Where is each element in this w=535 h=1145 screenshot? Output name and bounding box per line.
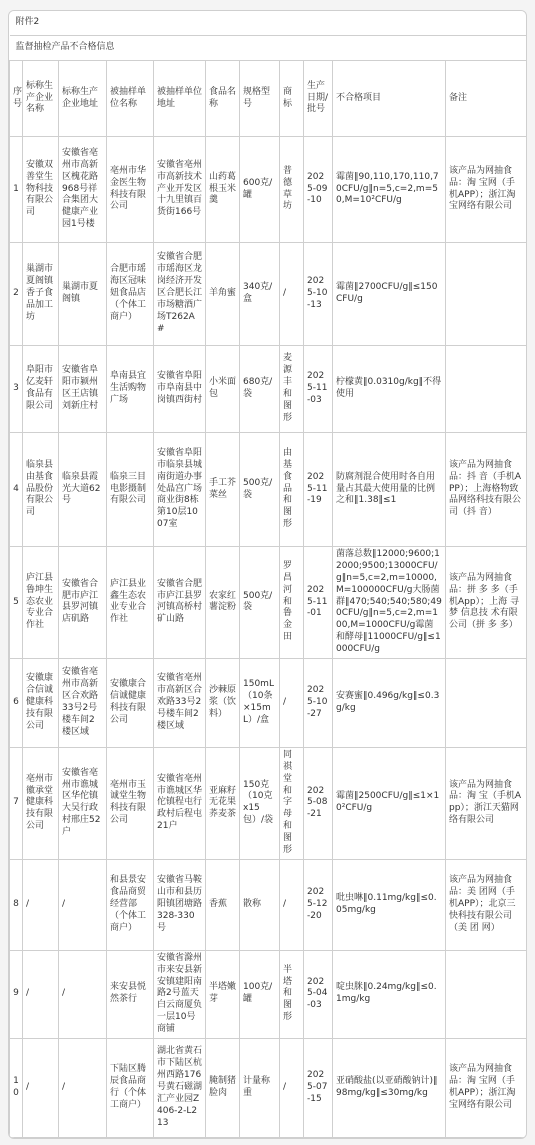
table-cell: 计量称重 [240, 1038, 280, 1137]
table-row: 2巢湖市夏阁镇香子食品加工坊巢湖市夏阁镇合肥市瑶海区冠味妞食品店（个体工商户）安… [10, 243, 527, 346]
table-cell: 6 [10, 658, 23, 747]
table-cell: 2025-07-15 [304, 1038, 333, 1137]
table-cell: 100克/罐 [240, 950, 280, 1038]
table-row: 7亳州市徽承堂健康科技有限公司安徽省亳州市谯城区华佗镇大吴行政村邢庄52户亳州市… [10, 747, 527, 859]
table-cell: 安徽省合肥市瑶海区龙岗经济开发区合肥长江市场糖酒广场T262A# [154, 243, 206, 346]
table-cell: 安徽康合信诚健康科技有限公司 [107, 658, 154, 747]
table-cell: 安徽省亳州市高新区槐花路968号祥合集团大健康产业园1号楼 [59, 137, 107, 243]
table-cell: 安赛蜜‖0.496g/kg‖≤0.3g/kg [333, 658, 446, 747]
table-row: 1安徽双善堂生物科技有限公司安徽省亳州市高新区槐花路968号祥合集团大健康产业园… [10, 137, 527, 243]
table-cell: 150克（10克x15包）/袋 [240, 747, 280, 859]
table-cell: 阜南县宜生活购物广场 [107, 346, 154, 433]
table-cell: 9 [10, 950, 23, 1038]
table-cell: 该产品为网抽食品：拼 多 多（手机App）；上海 寻梦 信息技 术有限公司（拼 … [446, 547, 527, 659]
column-header: 备注 [446, 61, 527, 137]
column-header: 标称生产企业名称 [23, 61, 59, 137]
table-cell [446, 346, 527, 433]
table-cell: 2025-10-27 [304, 658, 333, 747]
table-cell: / [23, 1038, 59, 1137]
table-cell: 亳州市玉诚堂生物科技有限公司 [107, 747, 154, 859]
table-cell: 临泉县由基食品股份有限公司 [23, 433, 59, 547]
table-cell: 湖北省黄石市下陆区杭州西路176号黄石磁湖汇产业园Z406-2-L213 [154, 1038, 206, 1137]
table-cell: 2025-12-20 [304, 859, 333, 950]
table-cell: 巢湖市夏阁镇香子食品加工坊 [23, 243, 59, 346]
table-title: 监督抽检产品不合格信息 [10, 36, 527, 61]
header-row: 序号标称生产企业名称标称生产企业地址被抽样单位名称被抽样单位地址食品名称规格型号… [10, 61, 527, 137]
table-cell: 霉菌‖2700CFU/g‖≤150CFU/g [333, 243, 446, 346]
table-cell: 农家红薯淀粉 [206, 547, 240, 659]
table-cell: / [280, 658, 304, 747]
table-cell: 来安县悦然茶行 [107, 950, 154, 1038]
table-cell: / [280, 859, 304, 950]
table-cell: 羊角蜜 [206, 243, 240, 346]
table-cell: 巢湖市夏阁镇 [59, 243, 107, 346]
column-header: 序号 [10, 61, 23, 137]
table-row: 3阜阳市亿麦轩食品有限公司安徽省阜阳市颍州区王店镇刘新庄村阜南县宜生活购物广场安… [10, 346, 527, 433]
table-cell: 该产品为网抽食品：淘 宝网（手机APP）；浙江淘 宝网络有限公司 [446, 137, 527, 243]
table-cell: 山药葛根玉米羹 [206, 137, 240, 243]
column-header: 被抽样单位名称 [107, 61, 154, 137]
table-cell [446, 658, 527, 747]
table-row: 9//来安县悦然茶行安徽省滁州市来安县新安镇建阳南路2号蓝天白云商厦负一层10号… [10, 950, 527, 1038]
table-cell: 由基食品和图形 [280, 433, 304, 547]
column-header: 不合格项目 [333, 61, 446, 137]
title-row: 监督抽检产品不合格信息 [10, 36, 527, 61]
table-cell: 临泉三目电影摄制有限公司 [107, 433, 154, 547]
table-cell: 手工芥菜丝 [206, 433, 240, 547]
table-cell: 2025-09-10 [304, 137, 333, 243]
table-cell: / [23, 950, 59, 1038]
table-cell: 2025-10-13 [304, 243, 333, 346]
report-table: 附件2 监督抽检产品不合格信息 序号标称生产企业名称标称生产企业地址被抽样单位名… [9, 11, 527, 1138]
page: 附件2 监督抽检产品不合格信息 序号标称生产企业名称标称生产企业地址被抽样单位名… [0, 0, 535, 1145]
column-header: 食品名称 [206, 61, 240, 137]
table-row: 10//下陆区腾辰食品商行（个体工商户）湖北省黄石市下陆区杭州西路176号黄石磁… [10, 1038, 527, 1137]
table-cell: 安徽省阜阳市颍州区王店镇刘新庄村 [59, 346, 107, 433]
table-cell: 安徽省合肥市庐江县罗河镇店矶路 [59, 547, 107, 659]
table-cell: 600克/罐 [240, 137, 280, 243]
table-cell: 150mL（10条×15mL）/盒 [240, 658, 280, 747]
table-cell: 阜阳市亿麦轩食品有限公司 [23, 346, 59, 433]
table-cell: / [280, 1038, 304, 1137]
table-cell: / [23, 859, 59, 950]
table-cell: 1 [10, 137, 23, 243]
table-cell: 柠檬黄‖0.0310g/kg‖不得使用 [333, 346, 446, 433]
table-cell: 沙棘原浆（饮料） [206, 658, 240, 747]
table-cell: 该产品为网抽食品：淘 宝（手机App）；浙江天猫网络有限公司 [446, 747, 527, 859]
table-cell: 2 [10, 243, 23, 346]
table-cell: / [59, 859, 107, 950]
table-cell: 10 [10, 1038, 23, 1137]
table-cell: 安徽省滁州市来安县新安镇建阳南路2号蓝天白云商厦负一层10号商铺 [154, 950, 206, 1038]
table-cell: / [280, 243, 304, 346]
table-cell: 防腐剂混合使用时各自用量占其最大使用量的比例之和‖1.38‖≤1 [333, 433, 446, 547]
table-cell: / [59, 950, 107, 1038]
table-cell: 亳州市华金医生物科技有限公司 [107, 137, 154, 243]
table-cell: 香蕉 [206, 859, 240, 950]
table-row: 4临泉县由基食品股份有限公司临泉县霞光大道62号临泉三目电影摄制有限公司安徽省阜… [10, 433, 527, 547]
table-cell: 下陆区腾辰食品商行（个体工商户） [107, 1038, 154, 1137]
table-row: 8//和县景安食品商贸经营部（个体工商户）安徽省马鞍山市和县历阳镇团塘路328-… [10, 859, 527, 950]
table-cell: 亚硝酸盐(以亚硝酸钠计)‖98mg/kg‖≤30mg/kg [333, 1038, 446, 1137]
column-header: 标称生产企业地址 [59, 61, 107, 137]
table-cell: 安徽省马鞍山市和县历阳镇团塘路328-330号 [154, 859, 206, 950]
table-cell: 安徽康合信诚健康科技有限公司 [23, 658, 59, 747]
table-cell: 半塔嫩芽 [206, 950, 240, 1038]
table-cell: 安徽双善堂生物科技有限公司 [23, 137, 59, 243]
attachment-row: 附件2 [10, 11, 527, 36]
table-cell: 2025-08-21 [304, 747, 333, 859]
table-cell [446, 950, 527, 1038]
table-row: 6安徽康合信诚健康科技有限公司安徽省亳州市高新区合欢路33号2号楼车间2楼区域安… [10, 658, 527, 747]
table-cell: 5 [10, 547, 23, 659]
table-cell: 麦源丰和图形 [280, 346, 304, 433]
table-cell: 散称 [240, 859, 280, 950]
table-cell: 安徽省阜阳市阜南县中岗镇西街村 [154, 346, 206, 433]
table-cell: 该产品为网抽食品：抖 音（手机APP）；上海格物致品网络科技有限公司（抖 音） [446, 433, 527, 547]
table-cell: 该产品为网抽食品：淘 宝网（手机APP）；浙江淘 宝网络有限公司 [446, 1038, 527, 1137]
table-cell: 500克/袋 [240, 433, 280, 547]
table-cell: 3 [10, 346, 23, 433]
attachment-label: 附件2 [10, 11, 527, 36]
table-cell: 安徽省亳州市高新区合欢路33号2号楼车间2楼区域 [59, 658, 107, 747]
table-cell: 安徽省亳州市谯城区华佗镇程屯行政村后程屯21户 [154, 747, 206, 859]
table-cell: 亚麻籽无花果荞麦茶 [206, 747, 240, 859]
table-cell: / [59, 1038, 107, 1137]
table-cell: 该产品为网抽食品：美 团网（手机APP）；北京三快科技有限公司（美 团 网） [446, 859, 527, 950]
table-cell: 啶虫脒‖0.24mg/kg‖≤0.1mg/kg [333, 950, 446, 1038]
table-cell: 亳州市徽承堂健康科技有限公司 [23, 747, 59, 859]
table-cell: 7 [10, 747, 23, 859]
table-cell [446, 243, 527, 346]
column-header: 生产日期/批号 [304, 61, 333, 137]
table-cell: 8 [10, 859, 23, 950]
table-row: 5庐江县鲁坤生态农业专业合作社安徽省合肥市庐江县罗河镇店矶路庐江县业鑫生态农业专… [10, 547, 527, 659]
column-header: 商标 [280, 61, 304, 137]
table-cell: 同祺堂和字母和图形 [280, 747, 304, 859]
table-cell: 腌制猪脸肉 [206, 1038, 240, 1137]
table-cell: 安徽省合肥市庐江县罗河镇高桥村矿山路 [154, 547, 206, 659]
table-cell: 合肥市瑶海区冠味妞食品店（个体工商户） [107, 243, 154, 346]
table-cell: 340克/盒 [240, 243, 280, 346]
table-cell: 安徽省亳州市高新区合欢路33号2号楼车间2楼区域 [154, 658, 206, 747]
table-cell: 2025-11-19 [304, 433, 333, 547]
table-cell: 小米面包 [206, 346, 240, 433]
column-header: 被抽样单位地址 [154, 61, 206, 137]
table-cell: 2025-04-03 [304, 950, 333, 1038]
table-cell: 吡虫啉‖0.11mg/kg‖≤0.05mg/kg [333, 859, 446, 950]
table-cell: 4 [10, 433, 23, 547]
table-cell: 2025-11-01 [304, 547, 333, 659]
table-cell: 2025-11-03 [304, 346, 333, 433]
table-cell: 普德草坊 [280, 137, 304, 243]
table-cell: 安徽省亳州市高新技术产业开发区十九里镇百货街166号 [154, 137, 206, 243]
table-cell: 安徽省阜阳市临泉县城南街道办事处晶宫广场商业街8栋第10层1007室 [154, 433, 206, 547]
table-cell: 庐江县鲁坤生态农业专业合作社 [23, 547, 59, 659]
table-cell: 菌落总数‖12000;9600;12000;9500;13000CFU/g‖n=… [333, 547, 446, 659]
document-card: 附件2 监督抽检产品不合格信息 序号标称生产企业名称标称生产企业地址被抽样单位名… [8, 10, 527, 1139]
table-cell: 霉菌‖90,110,170,110,70CFU/g‖n=5,c=2,m=50,M… [333, 137, 446, 243]
table-cell: 庐江县业鑫生态农业专业合作社 [107, 547, 154, 659]
table-cell: 安徽省亳州市谯城区华佗镇大吴行政村邢庄52户 [59, 747, 107, 859]
column-header: 规格型号 [240, 61, 280, 137]
table-cell: 霉菌‖2500CFU/g‖≤1×10²CFU/g [333, 747, 446, 859]
table-cell: 罗昌河和鲁金田 [280, 547, 304, 659]
table-cell: 和县景安食品商贸经营部（个体工商户） [107, 859, 154, 950]
table-body: 附件2 监督抽检产品不合格信息 序号标称生产企业名称标称生产企业地址被抽样单位名… [10, 11, 527, 1137]
table-cell: 680克/袋 [240, 346, 280, 433]
table-cell: 半塔和图形 [280, 950, 304, 1038]
table-cell: 500克/袋 [240, 547, 280, 659]
table-cell: 临泉县霞光大道62号 [59, 433, 107, 547]
